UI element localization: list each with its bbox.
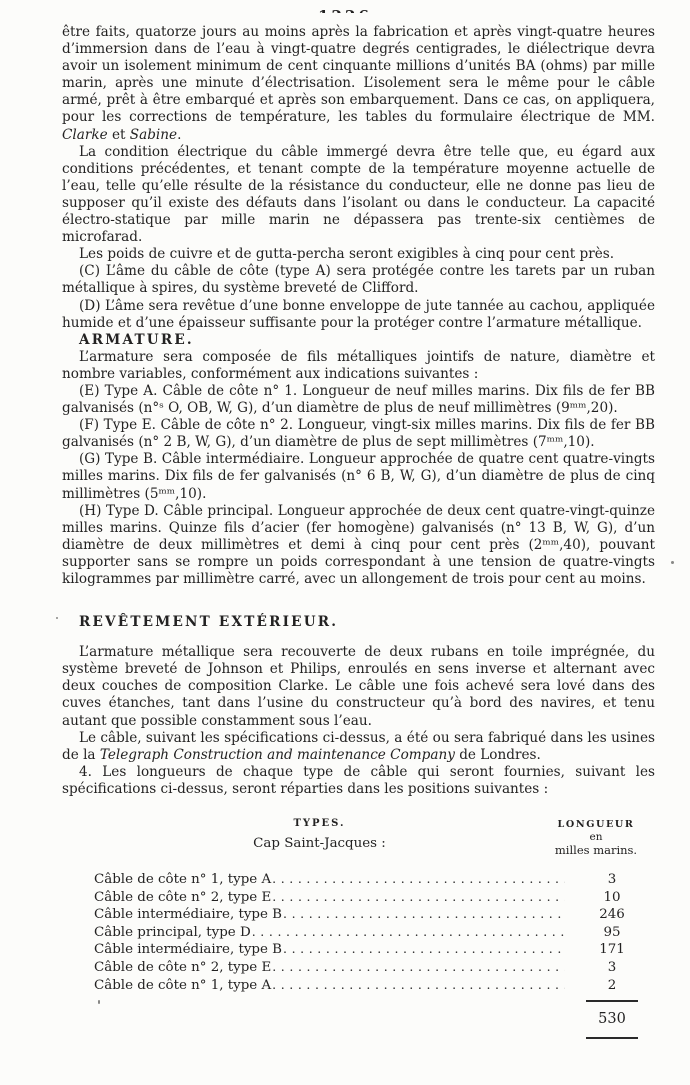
paragraph-outer-covering: L’armature métallique sera recouverte de… bbox=[62, 644, 655, 729]
column-header-types: TYPES. Cap Saint-Jacques : bbox=[62, 818, 537, 851]
table-rows: Câble de côte n° 1, type A3 Câble de côt… bbox=[62, 871, 655, 994]
total-rule-bottom bbox=[586, 1037, 638, 1039]
row-label: Câble de côte n° 2, type E bbox=[94, 890, 271, 905]
row-value: 10 bbox=[569, 890, 655, 905]
dot-leader bbox=[252, 924, 565, 940]
dot-leader bbox=[272, 959, 565, 975]
paragraph-clause-g-type-b: (G) Type B. Câble intermédiaire. Longueu… bbox=[62, 451, 655, 502]
text-segment: être faits, quatorze jours au moins aprè… bbox=[62, 24, 655, 125]
table-row: Câble de côte n° 1, type A3 bbox=[94, 871, 655, 889]
row-value: 95 bbox=[569, 925, 655, 940]
dot-leader bbox=[283, 906, 565, 922]
paragraph-manufacturer: Le câble, suivant les spécifications ci-… bbox=[62, 730, 655, 764]
paragraph-clause-c: (C) L’âme du câble de côte (type A) sera… bbox=[62, 263, 655, 297]
row-label: Câble intermédiaire, type B bbox=[94, 942, 282, 957]
paragraph-dielectric-test: être faits, quatorze jours au moins aprè… bbox=[62, 24, 655, 144]
row-label: Câble de côte n° 1, type A bbox=[94, 978, 271, 993]
row-label: Câble de côte n° 1, type A bbox=[94, 872, 271, 887]
ink-speck bbox=[98, 1000, 100, 1004]
total-value: 530 bbox=[569, 1002, 655, 1037]
row-label: Câble principal, type D bbox=[94, 925, 251, 940]
text-segment: et bbox=[108, 127, 130, 143]
dot-leader bbox=[272, 977, 565, 993]
row-value: 3 bbox=[569, 872, 655, 887]
text-segment: de Londres. bbox=[455, 747, 541, 763]
heading-revetement-exterieur: REVÊTEMENT EXTÉRIEUR. bbox=[62, 614, 655, 631]
row-label: Câble de côte n° 2, type E bbox=[94, 960, 271, 975]
table-row: Câble de côte n° 2, type E10 bbox=[94, 889, 655, 907]
table-row: Câble principal, type D95 bbox=[94, 924, 655, 942]
table-row: Câble intermédiaire, type B246 bbox=[94, 906, 655, 924]
text-segment-italic: Clarke bbox=[62, 127, 108, 143]
table-row: Câble de côte n° 2, type E3 bbox=[94, 959, 655, 977]
text-column: être faits, quatorze jours au moins aprè… bbox=[62, 0, 655, 1039]
paragraph-clause-e-type-a: (E) Type A. Câble de côte n° 1. Longueur… bbox=[62, 383, 655, 417]
ink-speck bbox=[671, 561, 674, 564]
paragraph-clause-f-type-e: (F) Type E. Câble de côte n° 2. Longueur… bbox=[62, 417, 655, 451]
scanned-book-page: 1226 être faits, quatorze jours au moins… bbox=[0, 0, 690, 1085]
column-header-longueur: LONGUEUR en milles marins. bbox=[537, 818, 655, 857]
paragraph-clause-h-type-d: (H) Type D. Câble principal. Longueur ap… bbox=[62, 503, 655, 588]
dot-leader bbox=[272, 889, 565, 905]
ink-speck bbox=[56, 617, 58, 619]
table-total-block: 530 bbox=[569, 1000, 655, 1039]
paragraph-weights: Les poids de cuivre et de gutta-percha s… bbox=[62, 246, 655, 263]
row-value: 171 bbox=[569, 942, 655, 957]
dot-leader bbox=[272, 871, 565, 887]
paragraph-armature-intro: L’armature sera composée de fils métalli… bbox=[62, 349, 655, 383]
types-header-label: TYPES. bbox=[102, 818, 537, 829]
longueur-header-label: LONGUEUR bbox=[537, 818, 655, 831]
table-header: TYPES. Cap Saint-Jacques : LONGUEUR en m… bbox=[62, 818, 655, 857]
cable-lengths-table: TYPES. Cap Saint-Jacques : LONGUEUR en m… bbox=[62, 818, 655, 1039]
longueur-unit-line2: milles marins. bbox=[537, 844, 655, 857]
paragraph-clause-d: (D) L’âme sera revêtue d’une bonne envel… bbox=[62, 298, 655, 332]
text-segment-italic: Telegraph Construction and maintenance C… bbox=[100, 747, 455, 763]
row-value: 3 bbox=[569, 960, 655, 975]
paragraph-electrical-condition: La condition électrique du câble immergé… bbox=[62, 144, 655, 247]
row-label: Câble intermédiaire, type B bbox=[94, 907, 282, 922]
paragraph-article-4: 4. Les longueurs de chaque type de câble… bbox=[62, 764, 655, 798]
table-row: Câble intermédiaire, type B171 bbox=[94, 941, 655, 959]
dot-leader bbox=[283, 941, 565, 957]
table-row: Câble de côte n° 1, type A2 bbox=[94, 977, 655, 995]
row-value: 246 bbox=[569, 907, 655, 922]
text-segment: . bbox=[177, 127, 181, 143]
heading-armature: ARMATURE. bbox=[62, 332, 655, 349]
row-value: 2 bbox=[569, 978, 655, 993]
group-label-cap-saint-jacques: Cap Saint-Jacques : bbox=[102, 836, 537, 851]
text-segment-italic: Sabine bbox=[130, 127, 177, 143]
